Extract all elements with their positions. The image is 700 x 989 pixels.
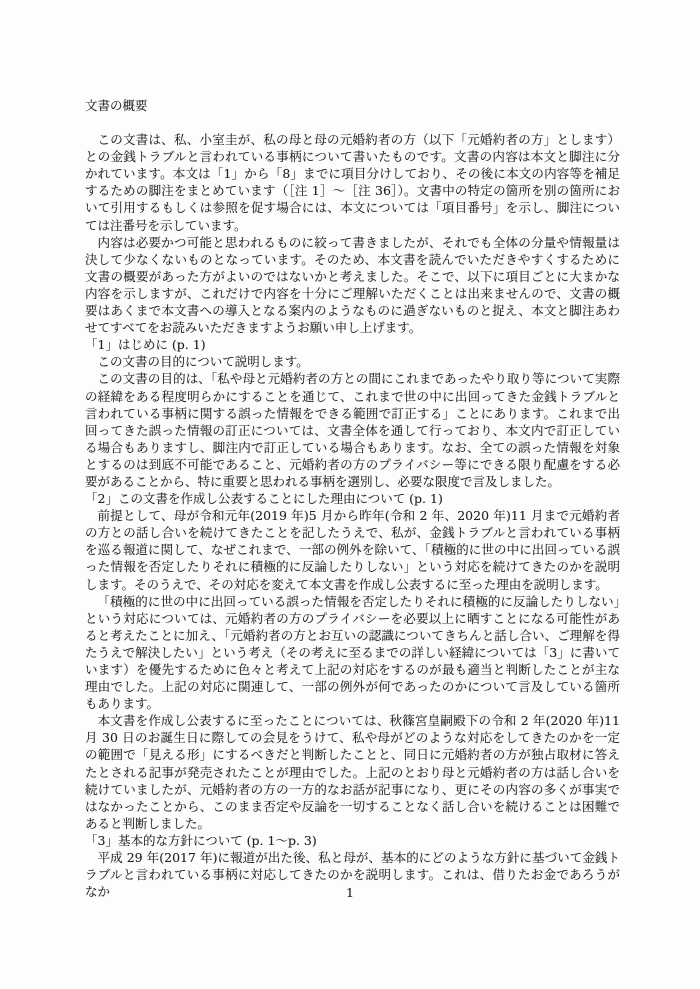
paragraph-section1-intro: この文書の目的について説明します。 (85, 353, 620, 370)
document-content: 文書の概要 この文書は、私、小室圭が、私の母と母の元婚約者の方（以下「元婚約者の… (85, 97, 620, 900)
paragraph-section2-publication-reason: 本文書を作成し公表するに至ったことについては、秋篠宮皇嗣殿下の令和 2 年(20… (85, 712, 620, 832)
section-heading-1-hajimeni: 「1」はじめに (p. 1) (85, 336, 620, 353)
page-number: 1 (0, 884, 700, 901)
paragraph-section2-premise: 前提として、母が令和元年(2019 年)5 月から昨年(令和 2 年、2020 … (85, 507, 620, 592)
paragraph-section1-purpose: この文書の目的は、「私や母と元婚約者の方との間にこれまであったやり取り等について… (85, 370, 620, 490)
paragraph-document-description: この文書は、私、小室圭が、私の母と母の元婚約者の方（以下「元婚約者の方」とします… (85, 131, 620, 234)
document-title: 文書の概要 (85, 97, 620, 114)
paragraph-section2-policy: 「積極的に世の中に出回っている誤った情報を否定したりそれに積極的に反論したりしな… (85, 593, 620, 713)
section-heading-2-reason: 「2」この文書を作成し公表することにした理由について (p. 1) (85, 490, 620, 507)
document-page: 文書の概要 この文書は、私、小室圭が、私の母と母の元婚約者の方（以下「元婚約者の… (0, 0, 700, 989)
paragraph-overview-purpose: 内容は必要かつ可能と思われるものに絞って書きましたが、それでも全体の分量や情報量… (85, 234, 620, 337)
section-heading-3-basic-policy: 「3」基本的な方針について (p. 1～p. 3) (85, 832, 620, 849)
